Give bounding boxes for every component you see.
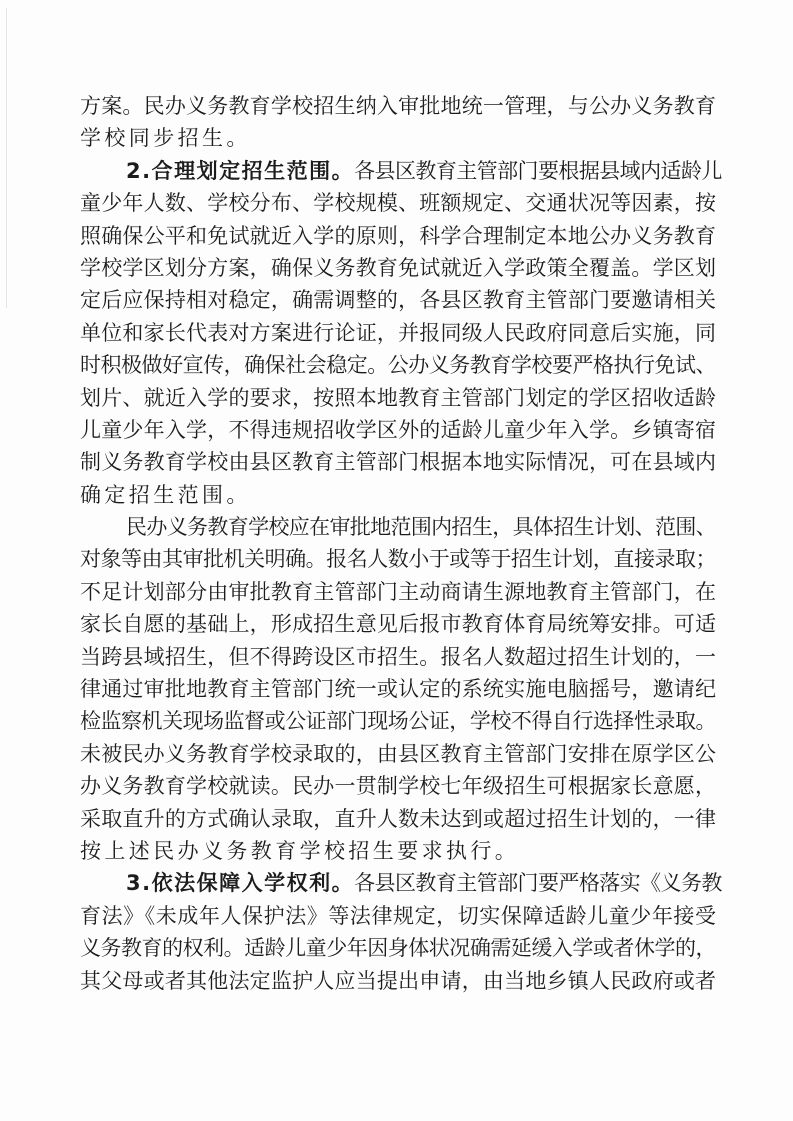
section-heading: 2.合理划定招生范围。 <box>126 159 354 183</box>
text-line: 单位和家长代表对方案进行论证，并报同级人民政府同意后实施，同 <box>80 318 716 350</box>
text-line: 育法》《未成年人保护法》等法律规定，切实保障适龄儿童少年接受 <box>80 901 716 933</box>
text-line: 照确保公平和免试就近入学的原则，科学合理制定本地公办义务教育 <box>80 221 716 253</box>
text-line: 2.合理划定招生范围。各县区教育主管部门要根据县域内适龄儿 <box>80 156 716 188</box>
text-line: 对象等由其审批机关明确。报名人数小于或等于招生计划，直接录取； <box>80 544 716 576</box>
text-line: 律通过审批地教育主管部门统一或认定的系统实施电脑摇号，邀请纪 <box>80 674 716 706</box>
text-line: 办义务教育学校就读。民办一贯制学校七年级招生可根据家长意愿， <box>80 771 716 803</box>
text-line: 学校同步招生。 <box>80 123 716 155</box>
text-line: 方案。民办义务教育学校招生纳入审批地统一管理，与公办义务教育 <box>80 91 716 123</box>
text-line: 定后应保持相对稳定，确需调整的，各县区教育主管部门要邀请相关 <box>80 285 716 317</box>
text-line: 其父母或者其他法定监护人应当提出申请，由当地乡镇人民政府或者 <box>80 966 716 998</box>
section-2-paragraph: 2.合理划定招生范围。各县区教育主管部门要根据县域内适龄儿 童少年人数、学校分布… <box>80 156 716 512</box>
text-line: 当跨县域招生，但不得跨设区市招生。报名人数超过招生计划的，一 <box>80 642 716 674</box>
text-line: 童少年人数、学校分布、学校规模、班额规定、交通状况等因素，按 <box>80 188 716 220</box>
scan-edge-artifact <box>6 8 7 308</box>
section-heading: 3.依法保障入学权利。 <box>126 871 354 895</box>
text-line: 3.依法保障入学权利。各县区教育主管部门要严格落实《义务教 <box>80 868 716 900</box>
text-line: 不足计划部分由审批教育主管部门主动商请生源地教育主管部门，在 <box>80 577 716 609</box>
document-page: 方案。民办义务教育学校招生纳入审批地统一管理，与公办义务教育 学校同步招生。 2… <box>80 91 716 998</box>
text-line: 学校学区划分方案，确保义务教育免试就近入学政策全覆盖。学区划 <box>80 253 716 285</box>
text-line: 检监察机关现场监督或公证部门现场公证，学校不得自行选择性录取。 <box>80 706 716 738</box>
paragraph-continuation: 方案。民办义务教育学校招生纳入审批地统一管理，与公办义务教育 学校同步招生。 <box>80 91 716 156</box>
text-line: 划片、就近入学的要求，按照本地教育主管部门划定的学区招收适龄 <box>80 383 716 415</box>
text-line: 义务教育的权利。适龄儿童少年因身体状况确需延缓入学或者休学的， <box>80 933 716 965</box>
text-line: 采取直升的方式确认录取，直升人数未达到或超过招生计划的，一律 <box>80 804 716 836</box>
text-run: 各县区教育主管部门要严格落实《义务教 <box>354 871 722 895</box>
text-line: 民办义务教育学校应在审批地范围内招生，具体招生计划、范围、 <box>80 512 716 544</box>
private-school-paragraph: 民办义务教育学校应在审批地范围内招生，具体招生计划、范围、 对象等由其审批机关明… <box>80 512 716 868</box>
text-line: 时积极做好宣传，确保社会稳定。公办义务教育学校要严格执行免试、 <box>80 350 716 382</box>
text-line: 确定招生范围。 <box>80 480 716 512</box>
text-line: 未被民办义务教育学校录取的，由县区教育主管部门安排在原学区公 <box>80 739 716 771</box>
text-line: 按上述民办义务教育学校招生要求执行。 <box>80 836 716 868</box>
text-run: 各县区教育主管部门要根据县域内适龄儿 <box>354 159 722 183</box>
text-line: 制义务教育学校由县区教育主管部门根据本地实际情况，可在县域内 <box>80 447 716 479</box>
text-line: 家长自愿的基础上，形成招生意见后报市教育体育局统筹安排。可适 <box>80 609 716 641</box>
text-line: 儿童少年入学，不得违规招收学区外的适龄儿童少年入学。乡镇寄宿 <box>80 415 716 447</box>
section-3-paragraph: 3.依法保障入学权利。各县区教育主管部门要严格落实《义务教 育法》《未成年人保护… <box>80 868 716 998</box>
